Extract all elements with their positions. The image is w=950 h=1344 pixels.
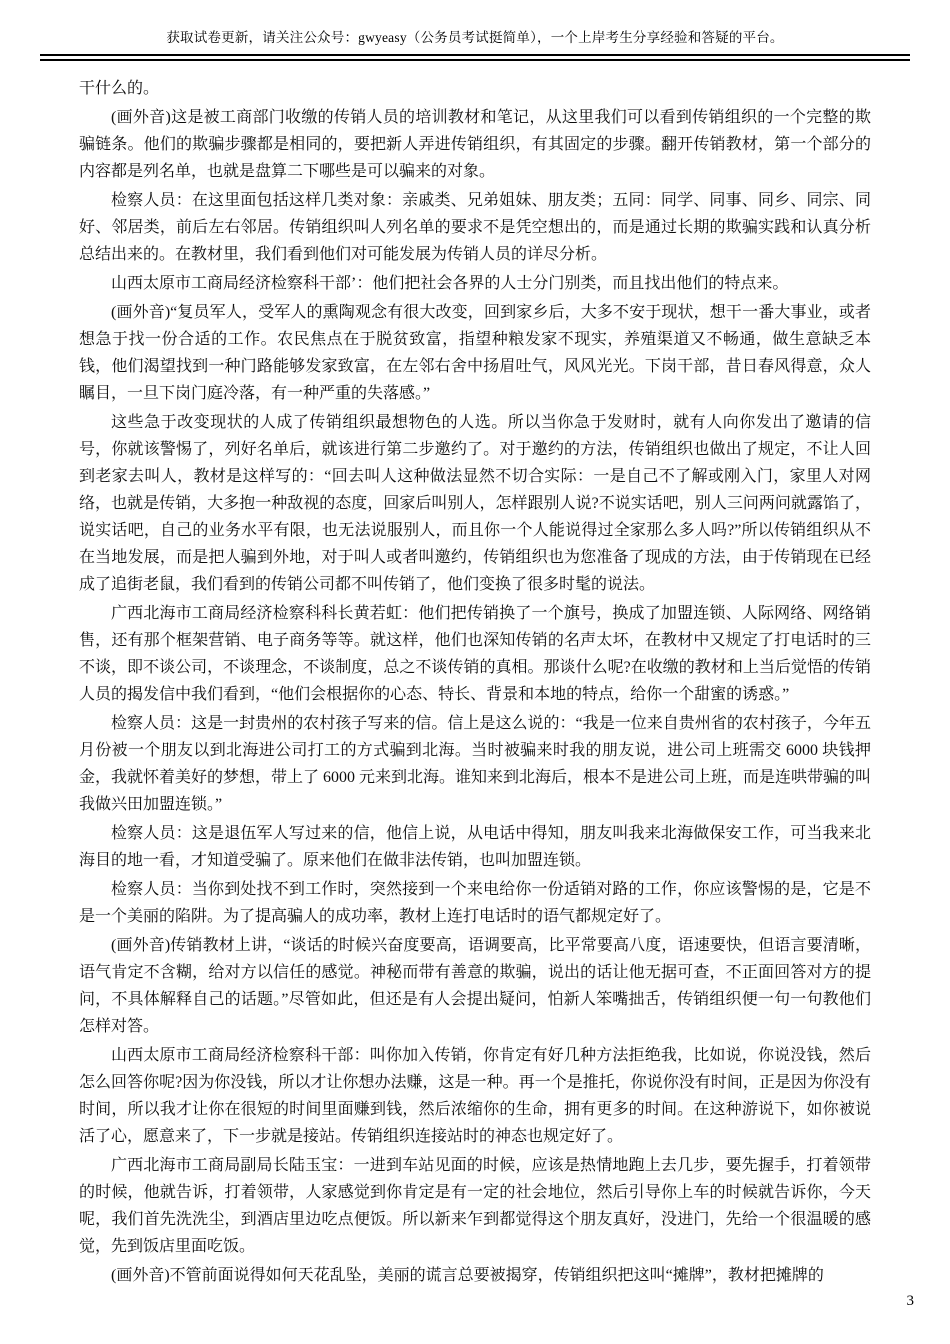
body-paragraph: 检察人员：当你到处找不到工作时，突然接到一个来电给你一份适销对路的工作，你应该警… [79,876,871,930]
body-paragraph: 检察人员：这是一封贵州的农村孩子写来的信。信上是这么说的：“我是一位来自贵州省的… [79,710,871,818]
body-paragraph: (画外音)“复员军人，受军人的熏陶观念有很大改变，回到家乡后，大多不安于现状，想… [79,299,871,407]
header-rule [40,54,910,61]
body-paragraph: 广西北海市工商局副局长陆玉宝：一进到车站见面的时候，应该是热情地跑上去几步，要先… [79,1152,871,1260]
body-paragraph: 这些急于改变现状的人成了传销组织最想物色的人选。所以当你急于发财时，就有人向你发… [79,409,871,598]
body-paragraph: (画外音)不管前面说得如何天花乱坠，美丽的谎言总要被揭穿，传销组织把这叫“摊牌”… [79,1262,871,1289]
body-paragraph: 山西太原市工商局经济检察科干部’：他们把社会各界的人士分门别类，而且找出他们的特… [79,270,871,297]
document-body: 干什么的。 (画外音)这是被工商部门收缴的传销人员的培训教材和笔记，从这里我们可… [40,75,910,1289]
header-notice: 获取试卷更新，请关注公众号：gwyeasy（公务员考试挺简单），一个上岸考生分享… [40,26,910,52]
body-paragraph: 干什么的。 [79,75,871,102]
body-paragraph: 检察人员：在这里面包括这样几类对象：亲戚类、兄弟姐妹、朋友类；五同：同学、同事、… [79,187,871,268]
document-page: 获取试卷更新，请关注公众号：gwyeasy（公务员考试挺简单），一个上岸考生分享… [0,0,950,1344]
body-paragraph: 检察人员：这是退伍军人写过来的信，他信上说，从电话中得知，朋友叫我来北海做保安工… [79,820,871,874]
body-paragraph: 山西太原市工商局经济检察科干部：叫你加入传销，你肯定有好几种方法拒绝我，比如说，… [79,1042,871,1150]
body-paragraph: 广西北海市工商局经济检察科科长黄若虹：他们把传销换了一个旗号，换成了加盟连锁、人… [79,600,871,708]
page-number: 3 [907,1293,915,1310]
body-paragraph: (画外音)传销教材上讲，“谈话的时候兴奋度要高，语调要高，比平常要高八度，语速要… [79,932,871,1040]
body-paragraph: (画外音)这是被工商部门收缴的传销人员的培训教材和笔记，从这里我们可以看到传销组… [79,104,871,185]
